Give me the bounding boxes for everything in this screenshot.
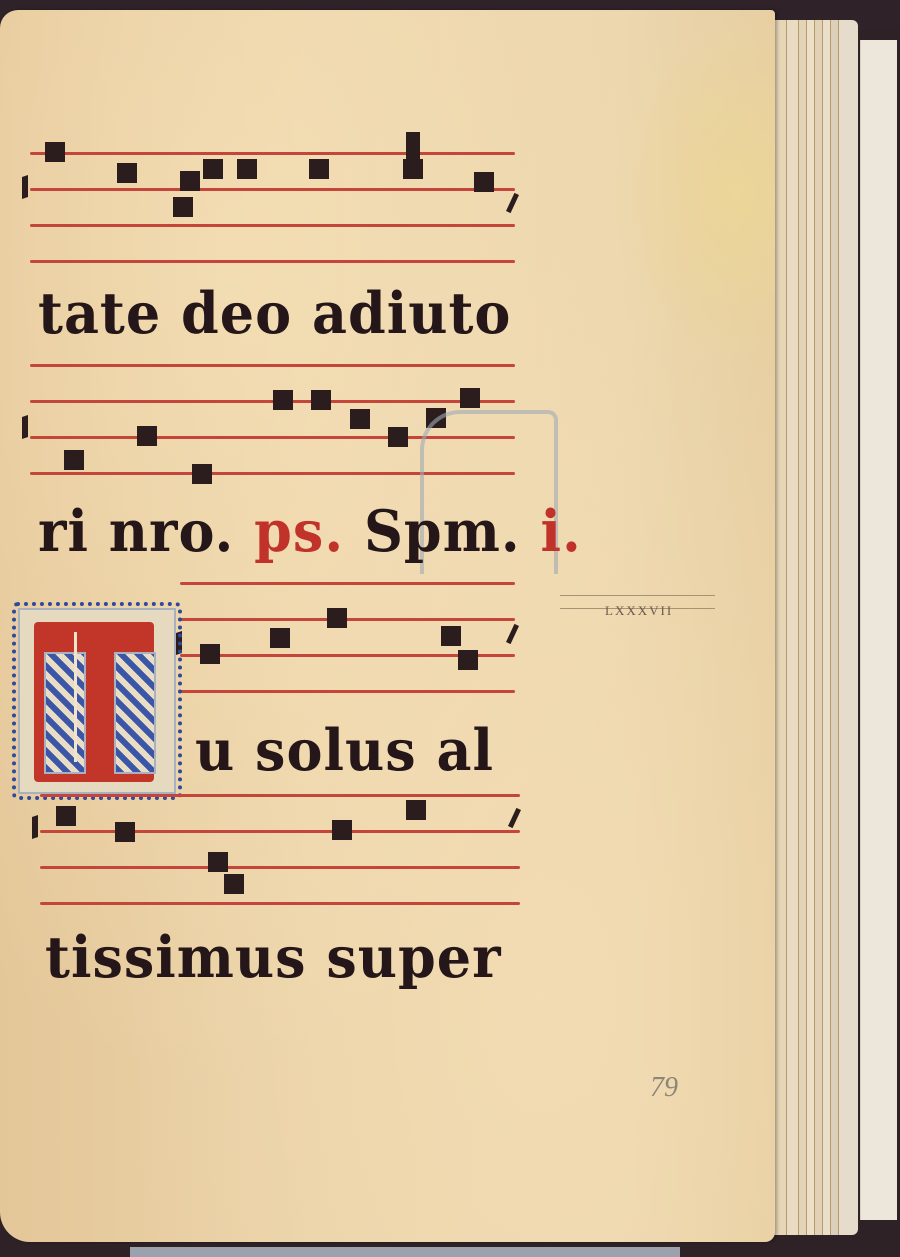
lyric-line-1: tate deo adiuto bbox=[38, 285, 511, 342]
lyric-text: ri nro. bbox=[38, 497, 234, 564]
neume bbox=[137, 426, 157, 446]
neume bbox=[406, 132, 420, 160]
neume bbox=[203, 159, 223, 179]
custos-icon bbox=[506, 624, 519, 644]
neume bbox=[273, 390, 293, 410]
neume bbox=[332, 820, 352, 840]
neume bbox=[200, 644, 220, 664]
c-clef-icon bbox=[22, 175, 28, 199]
neume bbox=[311, 390, 331, 410]
neume bbox=[309, 159, 329, 179]
lyric-line-2: ri nro. ps. Spm. i. bbox=[38, 503, 582, 560]
rubric-end: i. bbox=[540, 497, 581, 564]
backing-strip bbox=[130, 1247, 680, 1257]
music-staff-4 bbox=[40, 794, 520, 914]
custos-icon bbox=[506, 193, 519, 213]
lyric-line-3: u solus al bbox=[195, 722, 494, 779]
neume bbox=[458, 650, 478, 670]
rubric-psalm: ps. bbox=[254, 497, 344, 564]
neume bbox=[117, 163, 137, 183]
c-clef-icon bbox=[22, 415, 28, 439]
illuminated-initial-t bbox=[12, 602, 182, 800]
neume bbox=[180, 171, 200, 191]
custos-icon bbox=[508, 808, 521, 828]
neume bbox=[350, 409, 370, 429]
neume bbox=[64, 450, 84, 470]
music-staff-3 bbox=[180, 582, 515, 702]
lyric-text: Spm. bbox=[364, 497, 521, 564]
neume bbox=[56, 806, 76, 826]
neume bbox=[115, 822, 135, 842]
c-clef-icon bbox=[32, 815, 38, 839]
neume bbox=[474, 172, 494, 192]
folio-rule bbox=[560, 595, 715, 596]
neume bbox=[327, 608, 347, 628]
neume bbox=[403, 159, 423, 179]
pencil-page-number: 79 bbox=[650, 1072, 678, 1104]
neume bbox=[441, 626, 461, 646]
neume bbox=[192, 464, 212, 484]
neume bbox=[460, 388, 480, 408]
music-staff-1 bbox=[30, 148, 515, 268]
neume bbox=[237, 159, 257, 179]
neume bbox=[208, 852, 228, 872]
neume bbox=[224, 874, 244, 894]
manuscript-page: tate deo adiuto ri nro. ps. Spm. i. bbox=[0, 10, 775, 1242]
lyric-line-4: tissimus super bbox=[45, 929, 502, 986]
neume bbox=[270, 628, 290, 648]
folio-number: LXXXVII bbox=[605, 603, 673, 619]
neume bbox=[45, 142, 65, 162]
neume bbox=[388, 427, 408, 447]
neume bbox=[173, 197, 193, 217]
neume bbox=[406, 800, 426, 820]
